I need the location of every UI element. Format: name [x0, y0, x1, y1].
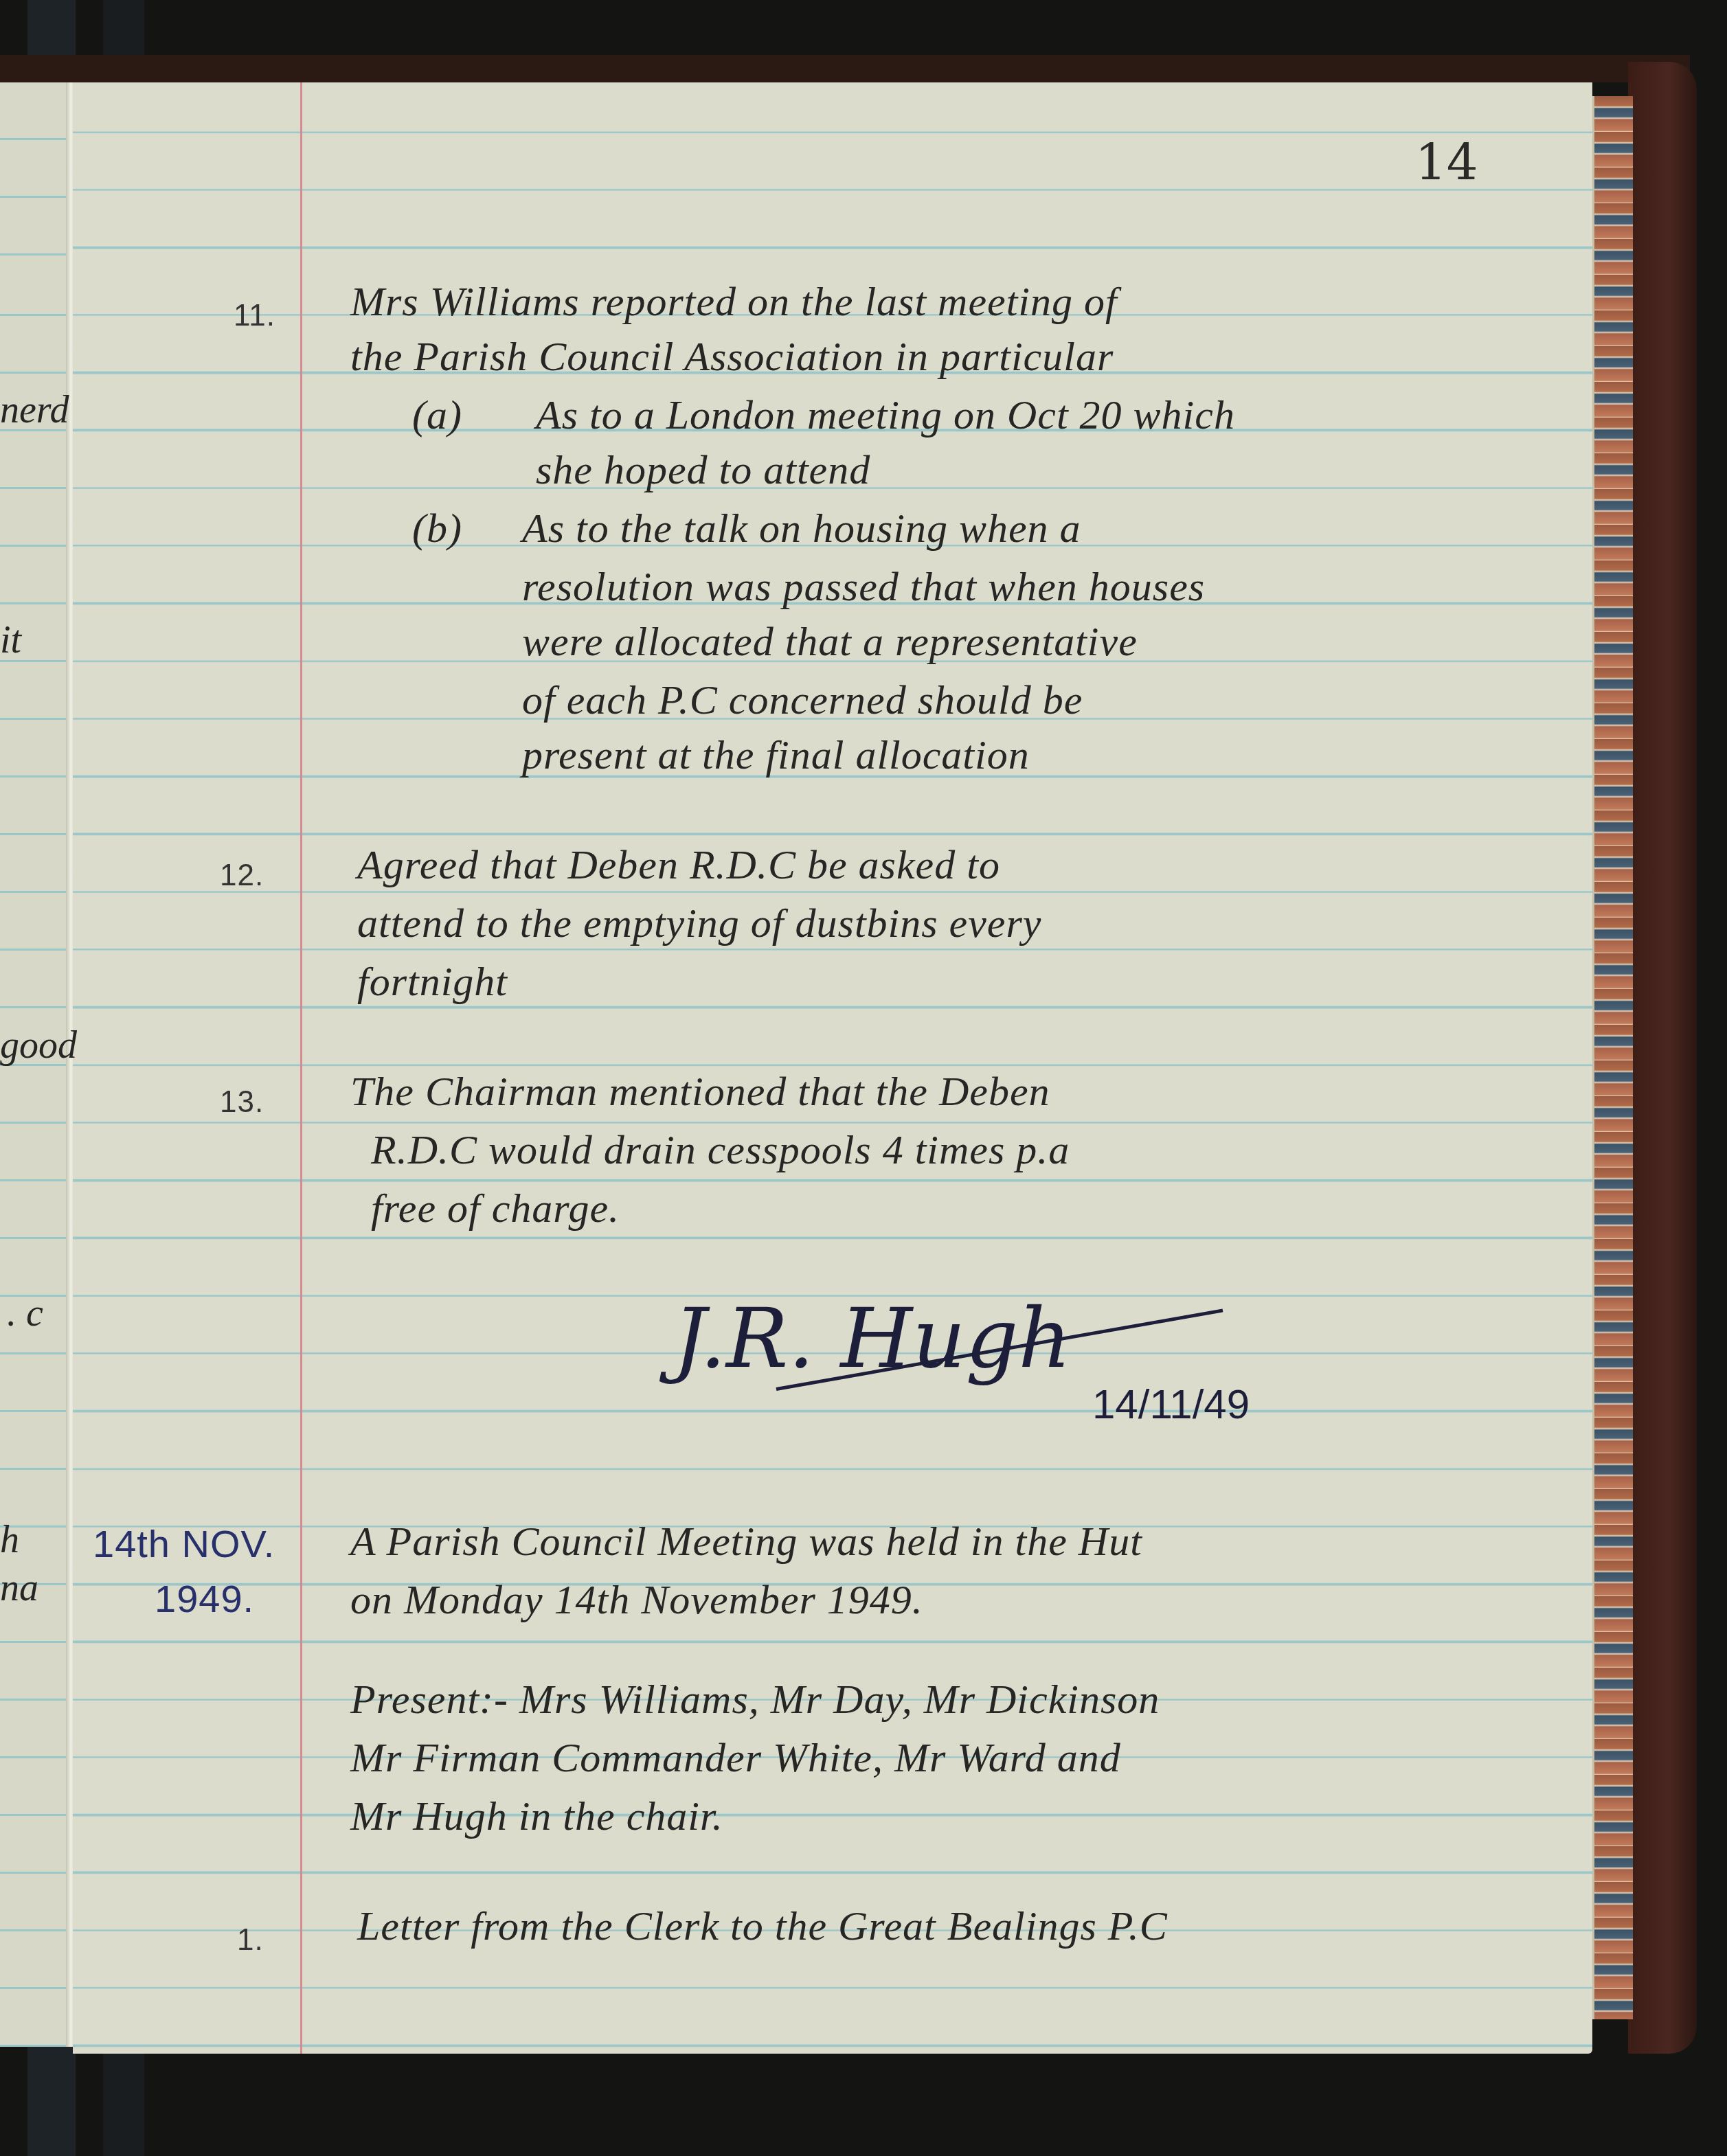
- left-page-fragment: . c: [7, 1291, 43, 1335]
- left-page-fragment: it: [0, 618, 21, 662]
- present-line: Present:- Mrs Williams, Mr Day, Mr Dicki…: [350, 1676, 1160, 1723]
- margin-year: 1949.: [155, 1576, 254, 1621]
- item-line: attend to the emptying of dustbins every: [357, 900, 1041, 947]
- item-number: 1.: [237, 1923, 264, 1958]
- item-line: free of charge.: [371, 1185, 620, 1232]
- item-number: 13.: [220, 1085, 264, 1120]
- item-number: 11.: [234, 299, 275, 333]
- item-line: Letter from the Clerk to the Great Beali…: [357, 1903, 1168, 1950]
- subitem-line: were allocated that a representative: [522, 618, 1138, 666]
- present-line: Mr Firman Commander White, Mr Ward and: [350, 1734, 1121, 1782]
- subitem-line: of each P.C concerned should be: [522, 677, 1083, 724]
- item-line: The Chairman mentioned that the Deben: [350, 1068, 1050, 1115]
- book-cover-top: [0, 55, 1690, 82]
- item-line: fortnight: [357, 958, 508, 1006]
- left-page-fragment: nerd: [0, 388, 69, 432]
- subitem-line: As to the talk on housing when a: [522, 505, 1081, 552]
- subitem-line: present at the final allocation: [522, 731, 1030, 779]
- subitem-label: (b): [412, 505, 462, 552]
- page-number: 14: [1415, 134, 1478, 192]
- book-cover-right: [1628, 62, 1697, 2054]
- margin-line: [300, 82, 302, 2054]
- present-line: Mr Hugh in the chair.: [350, 1793, 723, 1840]
- subitem-line: As to a London meeting on Oct 20 which: [536, 392, 1235, 439]
- subitem-line: she hoped to attend: [536, 446, 870, 494]
- subitem-line: resolution was passed that when houses: [522, 563, 1205, 611]
- item-line: Mrs Williams reported on the last meetin…: [350, 278, 1118, 326]
- signature-date: 14/11/49: [1092, 1381, 1250, 1428]
- left-page-fragment: na: [0, 1566, 38, 1610]
- marbled-page-edges: [1592, 96, 1633, 2019]
- subitem-label: (a): [412, 392, 462, 439]
- item-number: 12.: [220, 859, 264, 893]
- margin-date: 14th NOV.: [93, 1521, 275, 1566]
- meeting-intro-line: A Parish Council Meeting was held in the…: [350, 1518, 1142, 1565]
- left-page-fragment: good: [0, 1023, 77, 1067]
- item-line: Agreed that Deben R.D.C be asked to: [357, 841, 1000, 889]
- meeting-intro-line: on Monday 14th November 1949.: [350, 1576, 923, 1624]
- item-line: R.D.C would drain cesspools 4 times p.a: [371, 1126, 1070, 1174]
- item-line: the Parish Council Association in partic…: [350, 333, 1114, 381]
- left-page-fragment: h: [0, 1518, 19, 1562]
